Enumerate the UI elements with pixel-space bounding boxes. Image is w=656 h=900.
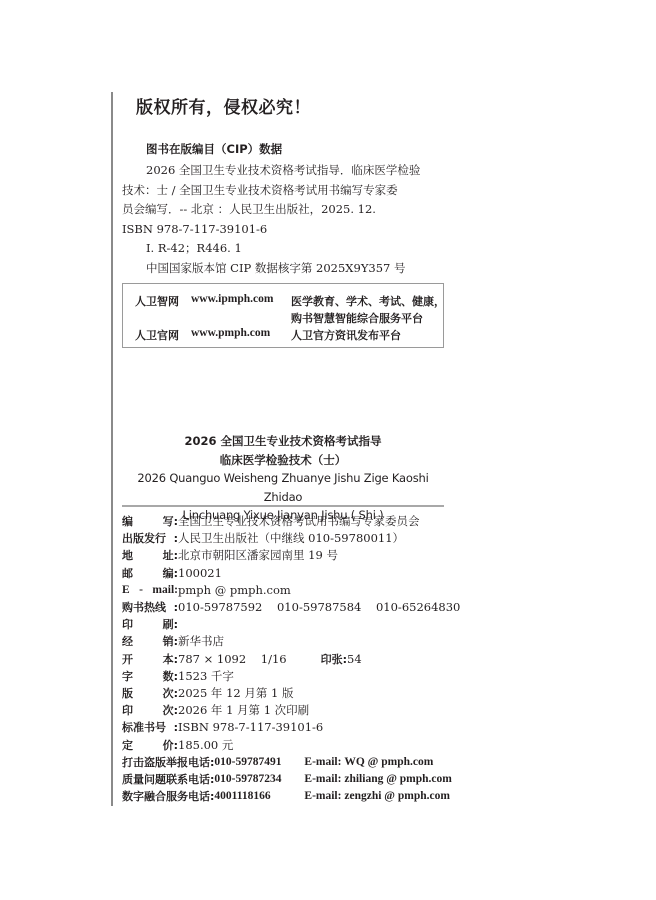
info-label: 印刷: (122, 616, 178, 633)
quality-phone: 010-59787234 (214, 771, 304, 788)
book-title-cn: 2026 全国卫生专业技术资格考试指导 (122, 432, 444, 451)
info-label: 地址: (122, 547, 178, 564)
info-label: 字数: (122, 668, 178, 685)
website-box: 人卫智网 www.ipmph.com 医学教育、学术、考试、健康， 购书智慧智能… (122, 283, 444, 348)
info-value: 全国卫生专业技术资格考试用书编写专家委员会 (178, 513, 420, 530)
info-isbn: 标准书号: ISBN 978-7-117-39101-6 (122, 719, 460, 736)
info-editor: 编写: 全国卫生专业技术资格考试用书编写专家委员会 (122, 513, 460, 530)
info-label: 经销: (122, 633, 178, 650)
info-value: 185.00 元 (178, 737, 233, 754)
website-url[interactable]: www.pmph.com (191, 327, 270, 339)
book-title-block: 2026 全国卫生专业技术资格考试指导 临床医学检验技术（士） 2026 Qua… (122, 432, 444, 525)
quality-email[interactable]: zhiliang @ pmph.com (344, 771, 452, 788)
cip-line: 技术：士 / 全国卫生专业技术资格考试用书编写专家委 (122, 181, 452, 201)
info-sheets-label: 印张: (321, 651, 347, 668)
info-label: E-mail: (122, 582, 178, 599)
info-distributor: 经销: 新华书店 (122, 633, 460, 650)
book-title-pinyin: 2026 Quanguo Weisheng Zhuanye Jishu Zige… (122, 469, 444, 506)
info-email: E-mail: pmph @ pmph.com (122, 582, 460, 599)
info-label: 购书热线: (122, 599, 178, 616)
info-label: 版次: (122, 685, 178, 702)
info-format: 开本: 787 × 1092 1/16 印张: 54 (122, 651, 460, 668)
info-price: 定价: 185.00 元 (122, 737, 460, 754)
website-url[interactable]: www.ipmph.com (191, 293, 273, 305)
publication-info: 编写: 全国卫生专业技术资格考试用书编写专家委员会 出版发行: 人民卫生出版社（… (122, 513, 460, 805)
info-label: 定价: (122, 737, 178, 754)
website-name: 人卫智网 (135, 293, 179, 309)
info-label: 编写: (122, 513, 178, 530)
info-label: 开本: (122, 651, 178, 668)
info-printer: 印刷: (122, 616, 460, 633)
info-value: 1523 千字 (178, 668, 234, 685)
info-quality: 质量问题联系电话: 010-59787234 E-mail: zhiliang … (122, 771, 460, 788)
info-value: 2026 年 1 月第 1 次印刷 (178, 702, 309, 719)
cip-isbn: ISBN 978-7-117-39101-6 (122, 220, 452, 240)
info-label: 质量问题联系电话: (122, 771, 214, 788)
cip-classification: Ⅰ. R-42；R446. 1 (122, 239, 452, 259)
website-description: 医学教育、学术、考试、健康， (291, 293, 445, 309)
website-name: 人卫官网 (135, 327, 179, 343)
info-label: 邮编: (122, 565, 178, 582)
book-subtitle-cn: 临床医学检验技术（士） (122, 451, 444, 470)
info-edition: 版次: 2025 年 12 月第 1 版 (122, 685, 460, 702)
quality-email-label: E-mail: (304, 771, 344, 788)
info-label: 标准书号: (122, 719, 178, 736)
info-sheets-value: 54 (347, 651, 362, 668)
antipiracy-email[interactable]: WQ @ pmph.com (344, 754, 433, 771)
info-hotline: 购书热线: 010-59787592 010-59787584 010-6526… (122, 599, 460, 616)
antipiracy-email-label: E-mail: (304, 754, 344, 771)
info-label: 打击盗版举报电话: (122, 754, 214, 771)
info-address: 地址: 北京市朝阳区潘家园南里 19 号 (122, 547, 460, 564)
info-value: 2025 年 12 月第 1 版 (178, 685, 294, 702)
info-publisher: 出版发行: 人民卫生出版社（中继线 010-59780011） (122, 530, 460, 547)
cip-title: 图书在版编目（CIP）数据 (146, 141, 282, 157)
info-impression: 印次: 2026 年 1 月第 1 次印刷 (122, 702, 460, 719)
info-words: 字数: 1523 千字 (122, 668, 460, 685)
divider (122, 505, 444, 507)
info-label: 出版发行: (122, 530, 178, 547)
digital-email-label: E-mail: (304, 788, 344, 805)
margin-bar (111, 92, 113, 806)
cip-data-block: 2026 全国卫生专业技术资格考试指导．临床医学检验 技术：士 / 全国卫生专业… (122, 161, 452, 279)
info-value[interactable]: pmph @ pmph.com (178, 582, 291, 599)
antipiracy-phone: 010-59787491 (214, 754, 304, 771)
info-value: 人民卫生出版社（中继线 010-59780011） (178, 530, 404, 547)
digital-phone: 4001118166 (214, 788, 304, 805)
info-value: 北京市朝阳区潘家园南里 19 号 (178, 547, 338, 564)
info-postcode: 邮编: 100021 (122, 565, 460, 582)
website-description: 人卫官方资讯发布平台 (291, 327, 401, 343)
info-label: 数字融合服务电话: (122, 788, 214, 805)
copyright-heading: 版权所有，侵权必究！ (136, 93, 311, 118)
info-antipiracy: 打击盗版举报电话: 010-59787491 E-mail: WQ @ pmph… (122, 754, 460, 771)
cip-line: 员会编写．-- 北京 ：人民卫生出版社，2025. 12. (122, 200, 452, 220)
info-label: 印次: (122, 702, 178, 719)
info-value: ISBN 978-7-117-39101-6 (178, 719, 323, 736)
digital-email[interactable]: zengzhi @ pmph.com (344, 788, 450, 805)
website-description: 购书智慧智能综合服务平台 (291, 310, 423, 326)
info-value: 100021 (178, 565, 222, 582)
cip-line: 2026 全国卫生专业技术资格考试指导．临床医学检验 (122, 161, 452, 181)
info-value: 新华书店 (178, 633, 224, 650)
cip-record-number: 中国国家版本馆 CIP 数据核字第 2025X9Y357 号 (122, 259, 452, 279)
info-value: 787 × 1092 1/16 (178, 651, 287, 668)
info-value: 010-59787592 010-59787584 010-65264830 (178, 599, 460, 616)
info-digital: 数字融合服务电话: 4001118166 E-mail: zengzhi @ p… (122, 788, 460, 805)
